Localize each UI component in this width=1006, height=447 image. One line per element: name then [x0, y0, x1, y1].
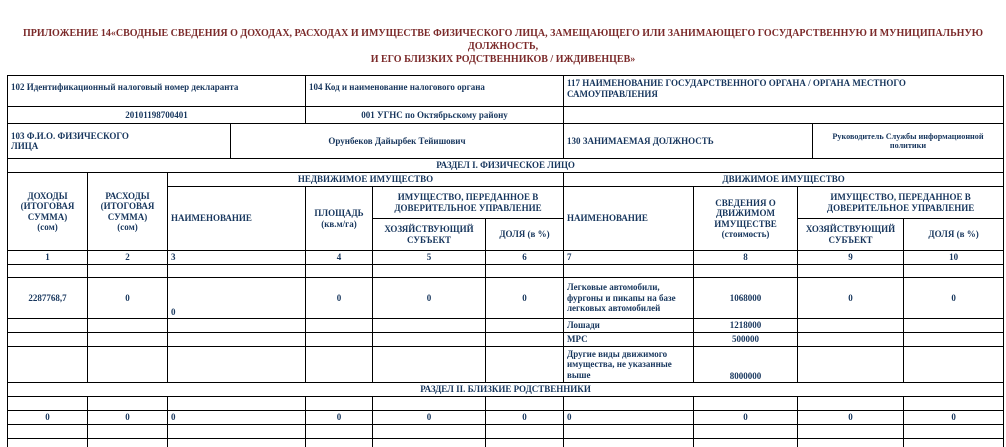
empty-cell [486, 333, 564, 347]
col-header-area: ПЛОЩАДЬ (кв.м/га) [306, 187, 373, 251]
group-header-movable: ДВИЖИМОЕ ИМУЩЕСТВО [564, 173, 1004, 187]
col-header-immovable-trust: ИМУЩЕСТВО, ПЕРЕДАННОЕ В ДОВЕРИТЕЛЬНОЕ УП… [373, 187, 564, 219]
empty-cell [486, 347, 564, 383]
empty-cell [694, 425, 798, 439]
empty-cell [373, 333, 486, 347]
empty-cell [8, 439, 88, 447]
empty-cell [88, 319, 168, 333]
empty-cell [694, 265, 798, 278]
movable-row-name: Лошади [564, 319, 694, 333]
gov-org-label: 117 НАИМЕНОВАНИЕ ГОСУДАРСТВЕННОГО ОРГАНА… [564, 76, 1004, 107]
movable-row-sheep: МРС 500000 [8, 333, 1004, 347]
movable-row-value: 500000 [694, 333, 798, 347]
empty-cell [798, 319, 904, 333]
declaration-tables: 102 Идентификационный налоговый номер де… [7, 75, 1003, 447]
empty-cell [306, 347, 373, 383]
tin-label: 102 Идентификационный налоговый номер де… [8, 76, 306, 107]
relatives-zero-row: 0 0 0 0 0 0 0 0 0 0 [8, 411, 1004, 425]
group-header-immovable: НЕДВИЖИМОЕ ИМУЩЕСТВО [168, 173, 564, 187]
empty-cell [486, 397, 564, 411]
col-header-movable-share: ДОЛЯ (в %) [904, 219, 1004, 251]
empty-cell [88, 333, 168, 347]
income-value: 2287768,7 [8, 278, 88, 319]
empty-cell [8, 319, 88, 333]
empty-cell [904, 397, 1004, 411]
empty-cell [798, 397, 904, 411]
expense-value: 0 [88, 278, 168, 319]
col-number-5: 5 [373, 251, 486, 265]
empty-cell [694, 439, 798, 447]
position-value: Руководитель Службы информационной полит… [813, 124, 1004, 159]
fio-label: 103 Ф.И.О. ФИЗИЧЕСКОГО ЛИЦА [8, 124, 231, 159]
relative-movable-cost: 0 [694, 411, 798, 425]
empty-row [8, 439, 1004, 447]
area-value: 0 [306, 278, 373, 319]
empty-cell [88, 425, 168, 439]
empty-cell [564, 397, 694, 411]
empty-cell [88, 265, 168, 278]
declaration-document: ПРИЛОЖЕНИЕ 14«СВОДНЫЕ СВЕДЕНИЯ О ДОХОДАХ… [0, 0, 1006, 447]
title-line-1: ПРИЛОЖЕНИЕ 14«СВОДНЫЕ СВЕДЕНИЯ О ДОХОДАХ… [0, 27, 1006, 53]
empty-cell [8, 347, 88, 383]
empty-cell [168, 265, 306, 278]
movable-row-value: 1218000 [694, 319, 798, 333]
empty-cell [306, 439, 373, 447]
relative-movable-name: 0 [564, 411, 694, 425]
empty-cell [8, 265, 88, 278]
movable-cost-value: 1068000 [694, 278, 798, 319]
empty-cell [8, 425, 88, 439]
relative-immovable-name: 0 [168, 411, 306, 425]
relative-income: 0 [8, 411, 88, 425]
col-header-income: ДОХОДЫ (ИТОГОВАЯ СУММА) (сом) [8, 173, 88, 251]
col-header-immovable-name: НАИМЕНОВАНИЕ [168, 187, 306, 251]
immovable-name-value: 0 [168, 278, 306, 319]
immovable-entity-value: 0 [373, 278, 486, 319]
relative-movable-share: 0 [904, 411, 1004, 425]
empty-cell [168, 333, 306, 347]
movable-share-value: 0 [904, 278, 1004, 319]
title-line-2: И ЕГО БЛИЗКИХ РОДСТВЕННИКОВ / ИЖДИВЕНЦЕВ… [0, 53, 1006, 66]
col-number-7: 7 [564, 251, 694, 265]
empty-cell [373, 265, 486, 278]
empty-cell [168, 425, 306, 439]
section1-title: РАЗДЕЛ I. ФИЗИЧЕСКОЕ ЛИЦО [8, 159, 1004, 173]
movable-entity-value: 0 [798, 278, 904, 319]
empty-cell [373, 439, 486, 447]
empty-cell [306, 425, 373, 439]
empty-cell [373, 347, 486, 383]
empty-cell [168, 319, 306, 333]
column-number-row: 1 2 3 4 5 6 7 8 9 10 [8, 251, 1004, 265]
col-header-immovable-share: ДОЛЯ (в %) [486, 219, 564, 251]
empty-cell [798, 425, 904, 439]
empty-cell [306, 265, 373, 278]
col-header-movable-entity: ХОЗЯЙСТВУЮЩИЙ СУБЪЕКТ [798, 219, 904, 251]
movable-row-horses: Лошади 1218000 [8, 319, 1004, 333]
empty-cell [798, 333, 904, 347]
relative-immovable-share: 0 [486, 411, 564, 425]
empty-cell [904, 319, 1004, 333]
empty-cell [564, 265, 694, 278]
col-number-6: 6 [486, 251, 564, 265]
col-number-9: 9 [798, 251, 904, 265]
empty-cell [694, 397, 798, 411]
col-number-3: 3 [168, 251, 306, 265]
movable-row-other: Другие виды движимого имущества, не указ… [8, 347, 1004, 383]
empty-cell [8, 397, 88, 411]
empty-cell [486, 425, 564, 439]
empty-cell [8, 333, 88, 347]
empty-cell [88, 347, 168, 383]
empty-cell [306, 397, 373, 411]
empty-cell [904, 425, 1004, 439]
col-header-movable-info: СВЕДЕНИЯ О ДВИЖИМОМ ИМУЩЕСТВЕ (стоимость… [694, 187, 798, 251]
empty-cell [88, 397, 168, 411]
document-title: ПРИЛОЖЕНИЕ 14«СВОДНЫЕ СВЕДЕНИЯ О ДОХОДАХ… [0, 27, 1006, 66]
empty-cell [88, 439, 168, 447]
relative-expense: 0 [88, 411, 168, 425]
tax-org-value: 001 УГНС по Октябрьскому району [306, 107, 564, 124]
empty-cell [564, 439, 694, 447]
person-data-row: 2287768,7 0 0 0 0 0 Легковые автомобили,… [8, 278, 1004, 319]
empty-cell [168, 347, 306, 383]
col-number-10: 10 [904, 251, 1004, 265]
empty-row [8, 265, 1004, 278]
empty-cell [373, 397, 486, 411]
empty-cell [306, 333, 373, 347]
empty-cell [904, 347, 1004, 383]
empty-cell [486, 439, 564, 447]
empty-cell [904, 265, 1004, 278]
empty-cell [168, 439, 306, 447]
empty-cell [564, 425, 694, 439]
immovable-share-value: 0 [486, 278, 564, 319]
col-header-movable-trust: ИМУЩЕСТВО, ПЕРЕДАННОЕ В ДОВЕРИТЕЛЬНОЕ УП… [798, 187, 1004, 219]
col-header-immovable-entity: ХОЗЯЙСТВУЮЩИЙ СУБЪЕКТ [373, 219, 486, 251]
movable-row-name: Другие виды движимого имущества, не указ… [564, 347, 694, 383]
empty-cell [486, 319, 564, 333]
person-info-table: 103 Ф.И.О. ФИЗИЧЕСКОГО ЛИЦА Орунбеков Да… [7, 123, 1004, 159]
movable-row-name: МРС [564, 333, 694, 347]
empty-cell [306, 319, 373, 333]
empty-row [8, 397, 1004, 411]
movable-name-value: Легковые автомобили, фургоны и пикапы на… [564, 278, 694, 319]
empty-row [8, 425, 1004, 439]
empty-cell [798, 439, 904, 447]
gov-org-value-empty [564, 107, 1004, 124]
col-number-1: 1 [8, 251, 88, 265]
relative-movable-entity: 0 [798, 411, 904, 425]
position-label: 130 ЗАНИМАЕМАЯ ДОЛЖНОСТЬ [564, 124, 813, 159]
col-number-4: 4 [306, 251, 373, 265]
movable-row-value: 8000000 [694, 347, 798, 383]
empty-cell [904, 333, 1004, 347]
empty-cell [486, 265, 564, 278]
col-number-2: 2 [88, 251, 168, 265]
declarant-info-table: 102 Идентификационный налоговый номер де… [7, 75, 1004, 124]
col-header-expense: РАСХОДЫ (ИТОГОВАЯ СУММА) (сом) [88, 173, 168, 251]
empty-cell [373, 425, 486, 439]
empty-cell [798, 347, 904, 383]
tin-value: 20101198700401 [8, 107, 306, 124]
relative-area: 0 [306, 411, 373, 425]
col-header-movable-name: НАИМЕНОВАНИЕ [564, 187, 694, 251]
empty-cell [904, 439, 1004, 447]
property-table: РАЗДЕЛ I. ФИЗИЧЕСКОЕ ЛИЦО ДОХОДЫ (ИТОГОВ… [7, 158, 1004, 447]
tax-org-label: 104 Код и наименование налогового органа [306, 76, 564, 107]
empty-cell [168, 397, 306, 411]
section2-title: РАЗДЕЛ II. БЛИЗКИЕ РОДСТВЕННИКИ [8, 383, 1004, 397]
relative-immovable-entity: 0 [373, 411, 486, 425]
empty-cell [373, 319, 486, 333]
col-number-8: 8 [694, 251, 798, 265]
fio-value: Орунбеков Дайырбек Тейишович [231, 124, 564, 159]
empty-cell [798, 265, 904, 278]
